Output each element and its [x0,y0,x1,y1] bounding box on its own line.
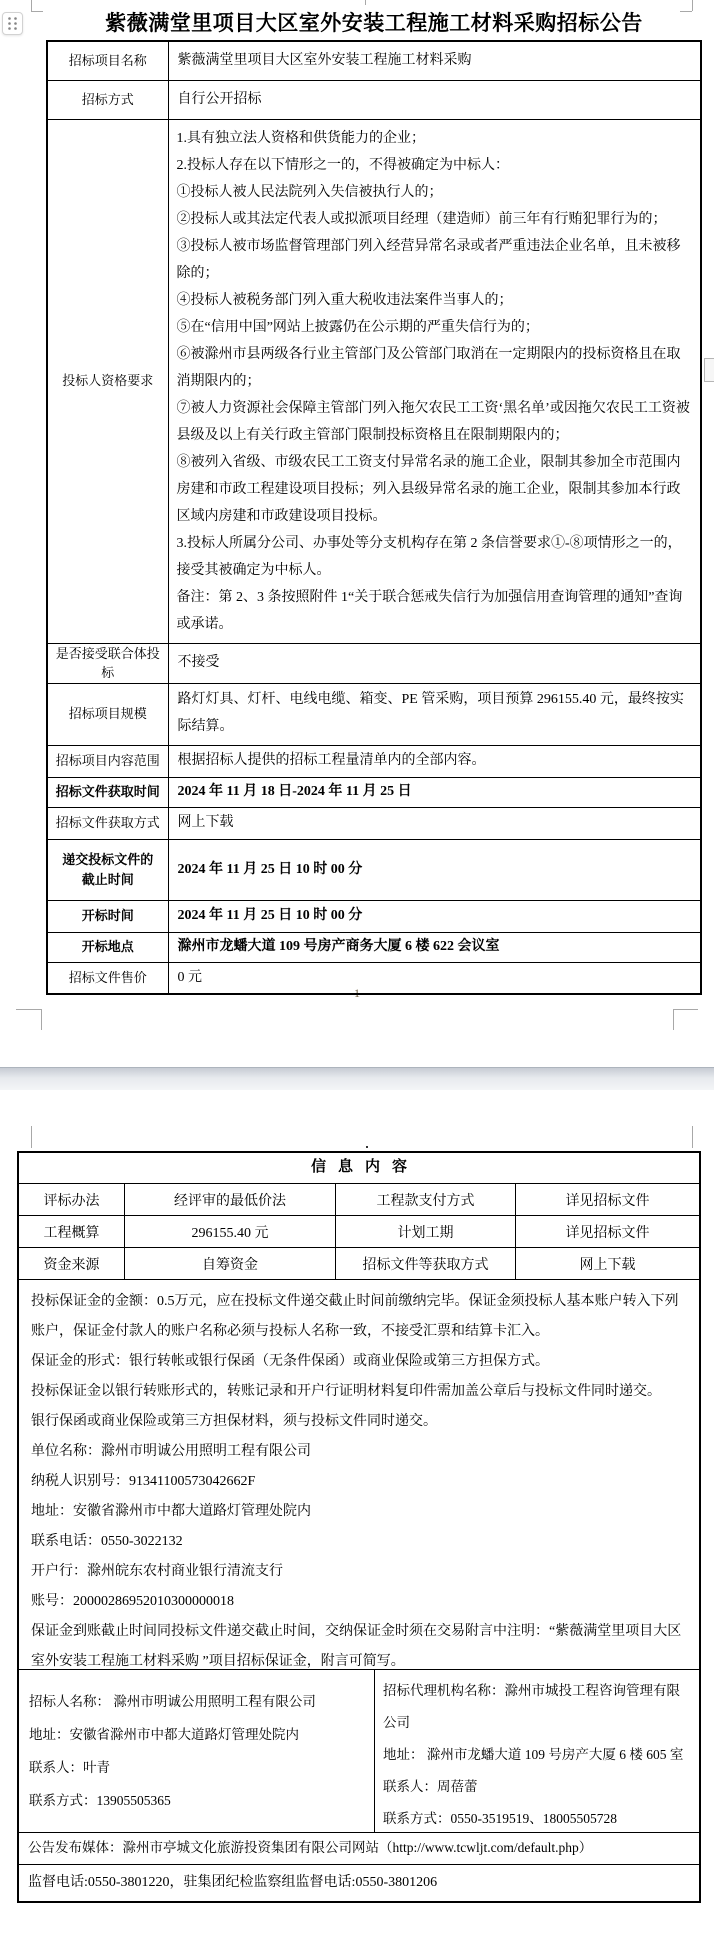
table-row: 招标文件售价 0 元 [47,962,701,994]
page-margin-mark [365,0,366,5]
page-margin-mark [673,1009,698,1010]
row-label: 招标方式 [47,80,168,119]
table-row: 工程概算 296155.40 元 计划工期 详见招标文件 [19,1215,699,1247]
page-margin-mark [31,0,32,11]
agency-contact-cell: 招标代理机构名称：滁州市城投工程咨询管理有限公司 地址： 滁州市龙蟠大道 109… [375,1670,699,1832]
contacts-row: 招标人名称： 滁州市明诚公用照明工程有限公司 地址：安徽省滁州市中都大道路灯管理… [19,1669,699,1832]
row-value: 0 元 [168,962,701,994]
page-margin-mark [692,1126,693,1148]
page-margin-mark [31,11,43,12]
bidder-phone: 联系方式：13905505365 [29,1784,364,1817]
info-content-table: 信息内容 评标办法 经评审的最低价法 工程款支付方式 详见招标文件 工程概算 2… [17,1151,701,1903]
table-row: 评标办法 经评审的最低价法 工程款支付方式 详见招标文件 [19,1183,699,1215]
cell-label: 工程款支付方式 [336,1184,516,1215]
row-value: 2024 年 11 月 25 日 10 时 00 分 [168,900,701,932]
bid-deposit-details: 投标保证金的金额：0.5万元，应在投标文件递交截止时间前缴纳完毕。保证金须投标人… [19,1279,699,1669]
page-margin-mark [41,1009,42,1030]
page-separator [0,1067,714,1090]
table-row: 招标项目规模 路灯灯具、灯杆、电线电缆、箱变、PE 管采购，项目预算 29615… [47,683,701,745]
cell-label: 工程概算 [19,1216,125,1247]
table-row: 递交投标文件的 截止时间 2024 年 11 月 25 日 10 时 00 分 [47,839,701,900]
table-row: 开标时间 2024 年 11 月 25 日 10 时 00 分 [47,900,701,932]
agency-phone: 联系方式：0550-3519519、18005505728 [383,1803,691,1832]
table-row: 招标文件获取时间 2024 年 11 月 18 日-2024 年 11 月 25… [47,777,701,807]
row-value: 2024 年 11 月 25 日 10 时 00 分 [168,839,701,900]
cell-label: 招标文件等获取方式 [336,1248,516,1279]
cell-value: 296155.40 元 [125,1216,336,1247]
supervision-phone: 监督电话:0550-3801220，驻集团纪检监察组监督电话:0550-3801… [19,1864,699,1901]
row-label: 开标时间 [47,900,168,932]
row-value: 路灯灯具、灯杆、电线电缆、箱变、PE 管采购，项目预算 296155.40 元，… [168,683,701,745]
bidder-contact-person: 联系人：叶青 [29,1751,364,1784]
cell-label: 计划工期 [336,1216,516,1247]
table-row: 投标人资格要求 1.具有独立法人资格和供货能力的企业； 2.投标人存在以下情形之… [47,119,701,643]
row-label: 招标项目名称 [47,41,168,80]
cell-value: 详见招标文件 [516,1216,699,1247]
tender-info-table: 招标项目名称 紫薇满堂里项目大区室外安装工程施工材料采购 招标方式 自行公开招标… [46,40,702,995]
row-value: 紫薇满堂里项目大区室外安装工程施工材料采购 [168,41,701,80]
row-value: 2024 年 11 月 18 日-2024 年 11 月 25 日 [168,777,701,807]
row-label: 投标人资格要求 [47,119,168,643]
announcement-media: 公告发布媒体：滁州市亭城文化旅游投资集团有限公司网站（http://www.tc… [19,1832,699,1864]
page-margin-mark [673,1009,674,1030]
info-table-header: 信息内容 [19,1153,699,1183]
bidder-name: 招标人名称： 滁州市明诚公用照明工程有限公司 [29,1685,364,1718]
document-viewer: { "page1": { "title": "紫薇满堂里项目大区室外安装工程施工… [0,0,714,1940]
row-label: 招标文件获取时间 [47,777,168,807]
stray-dot [366,1146,368,1148]
cell-label: 评标办法 [19,1184,125,1215]
page-margin-mark [31,1126,32,1148]
row-label: 招标项目规模 [47,683,168,745]
table-row: 是否接受联合体投标 不接受 [47,643,701,683]
row-label: 招标文件获取方式 [47,807,168,839]
cell-value: 经评审的最低价法 [125,1184,336,1215]
table-row: 开标地点 滁州市龙蟠大道 109 号房产商务大厦 6 楼 622 会议室 [47,932,701,962]
grid-dots-icon [6,16,19,31]
row-value: 不接受 [168,643,701,683]
bidder-contact-cell: 招标人名称： 滁州市明诚公用照明工程有限公司 地址：安徽省滁州市中都大道路灯管理… [19,1670,375,1832]
agency-contact-person: 联系人：周蓓蕾 [383,1771,691,1803]
cell-value: 详见招标文件 [516,1184,699,1215]
cell-label: 资金来源 [19,1248,125,1279]
table-row: 招标项目内容范围 根据招标人提供的招标工程量清单内的全部内容。 [47,745,701,777]
table-row: 资金来源 自筹资金 招标文件等获取方式 网上下载 [19,1247,699,1279]
row-label: 招标文件售价 [47,962,168,994]
table-row: 招标文件获取方式 网上下载 [47,807,701,839]
row-value: 滁州市龙蟠大道 109 号房产商务大厦 6 楼 622 会议室 [168,932,701,962]
row-value: 自行公开招标 [168,80,701,119]
page-margin-mark [16,1009,41,1010]
row-label: 递交投标文件的 截止时间 [47,839,168,900]
cell-value: 网上下载 [516,1248,699,1279]
row-label: 是否接受联合体投标 [47,643,168,683]
row-value: 网上下载 [168,807,701,839]
bidder-address: 地址：安徽省滁州市中都大道路灯管理处院内 [29,1718,364,1751]
table-row: 招标方式 自行公开招标 [47,80,701,119]
agency-address: 地址： 滁州市龙蟠大道 109 号房产大厦 6 楼 605 室 [383,1739,691,1771]
row-label: 开标地点 [47,932,168,962]
cell-value: 自筹资金 [125,1248,336,1279]
table-row: 招标项目名称 紫薇满堂里项目大区室外安装工程施工材料采购 [47,41,701,80]
row-value: 1.具有独立法人资格和供货能力的企业； 2.投标人存在以下情形之一的，不得被确定… [168,119,701,643]
agency-name: 招标代理机构名称：滁州市城投工程咨询管理有限公司 [383,1675,691,1739]
drag-handle-icon[interactable] [2,12,23,35]
document-title: 紫薇满堂里项目大区室外安装工程施工材料采购招标公告 [46,7,702,37]
scrollbar-thumb[interactable] [704,358,714,382]
row-value: 根据招标人提供的招标工程量清单内的全部内容。 [168,745,701,777]
row-label: 招标项目内容范围 [47,745,168,777]
